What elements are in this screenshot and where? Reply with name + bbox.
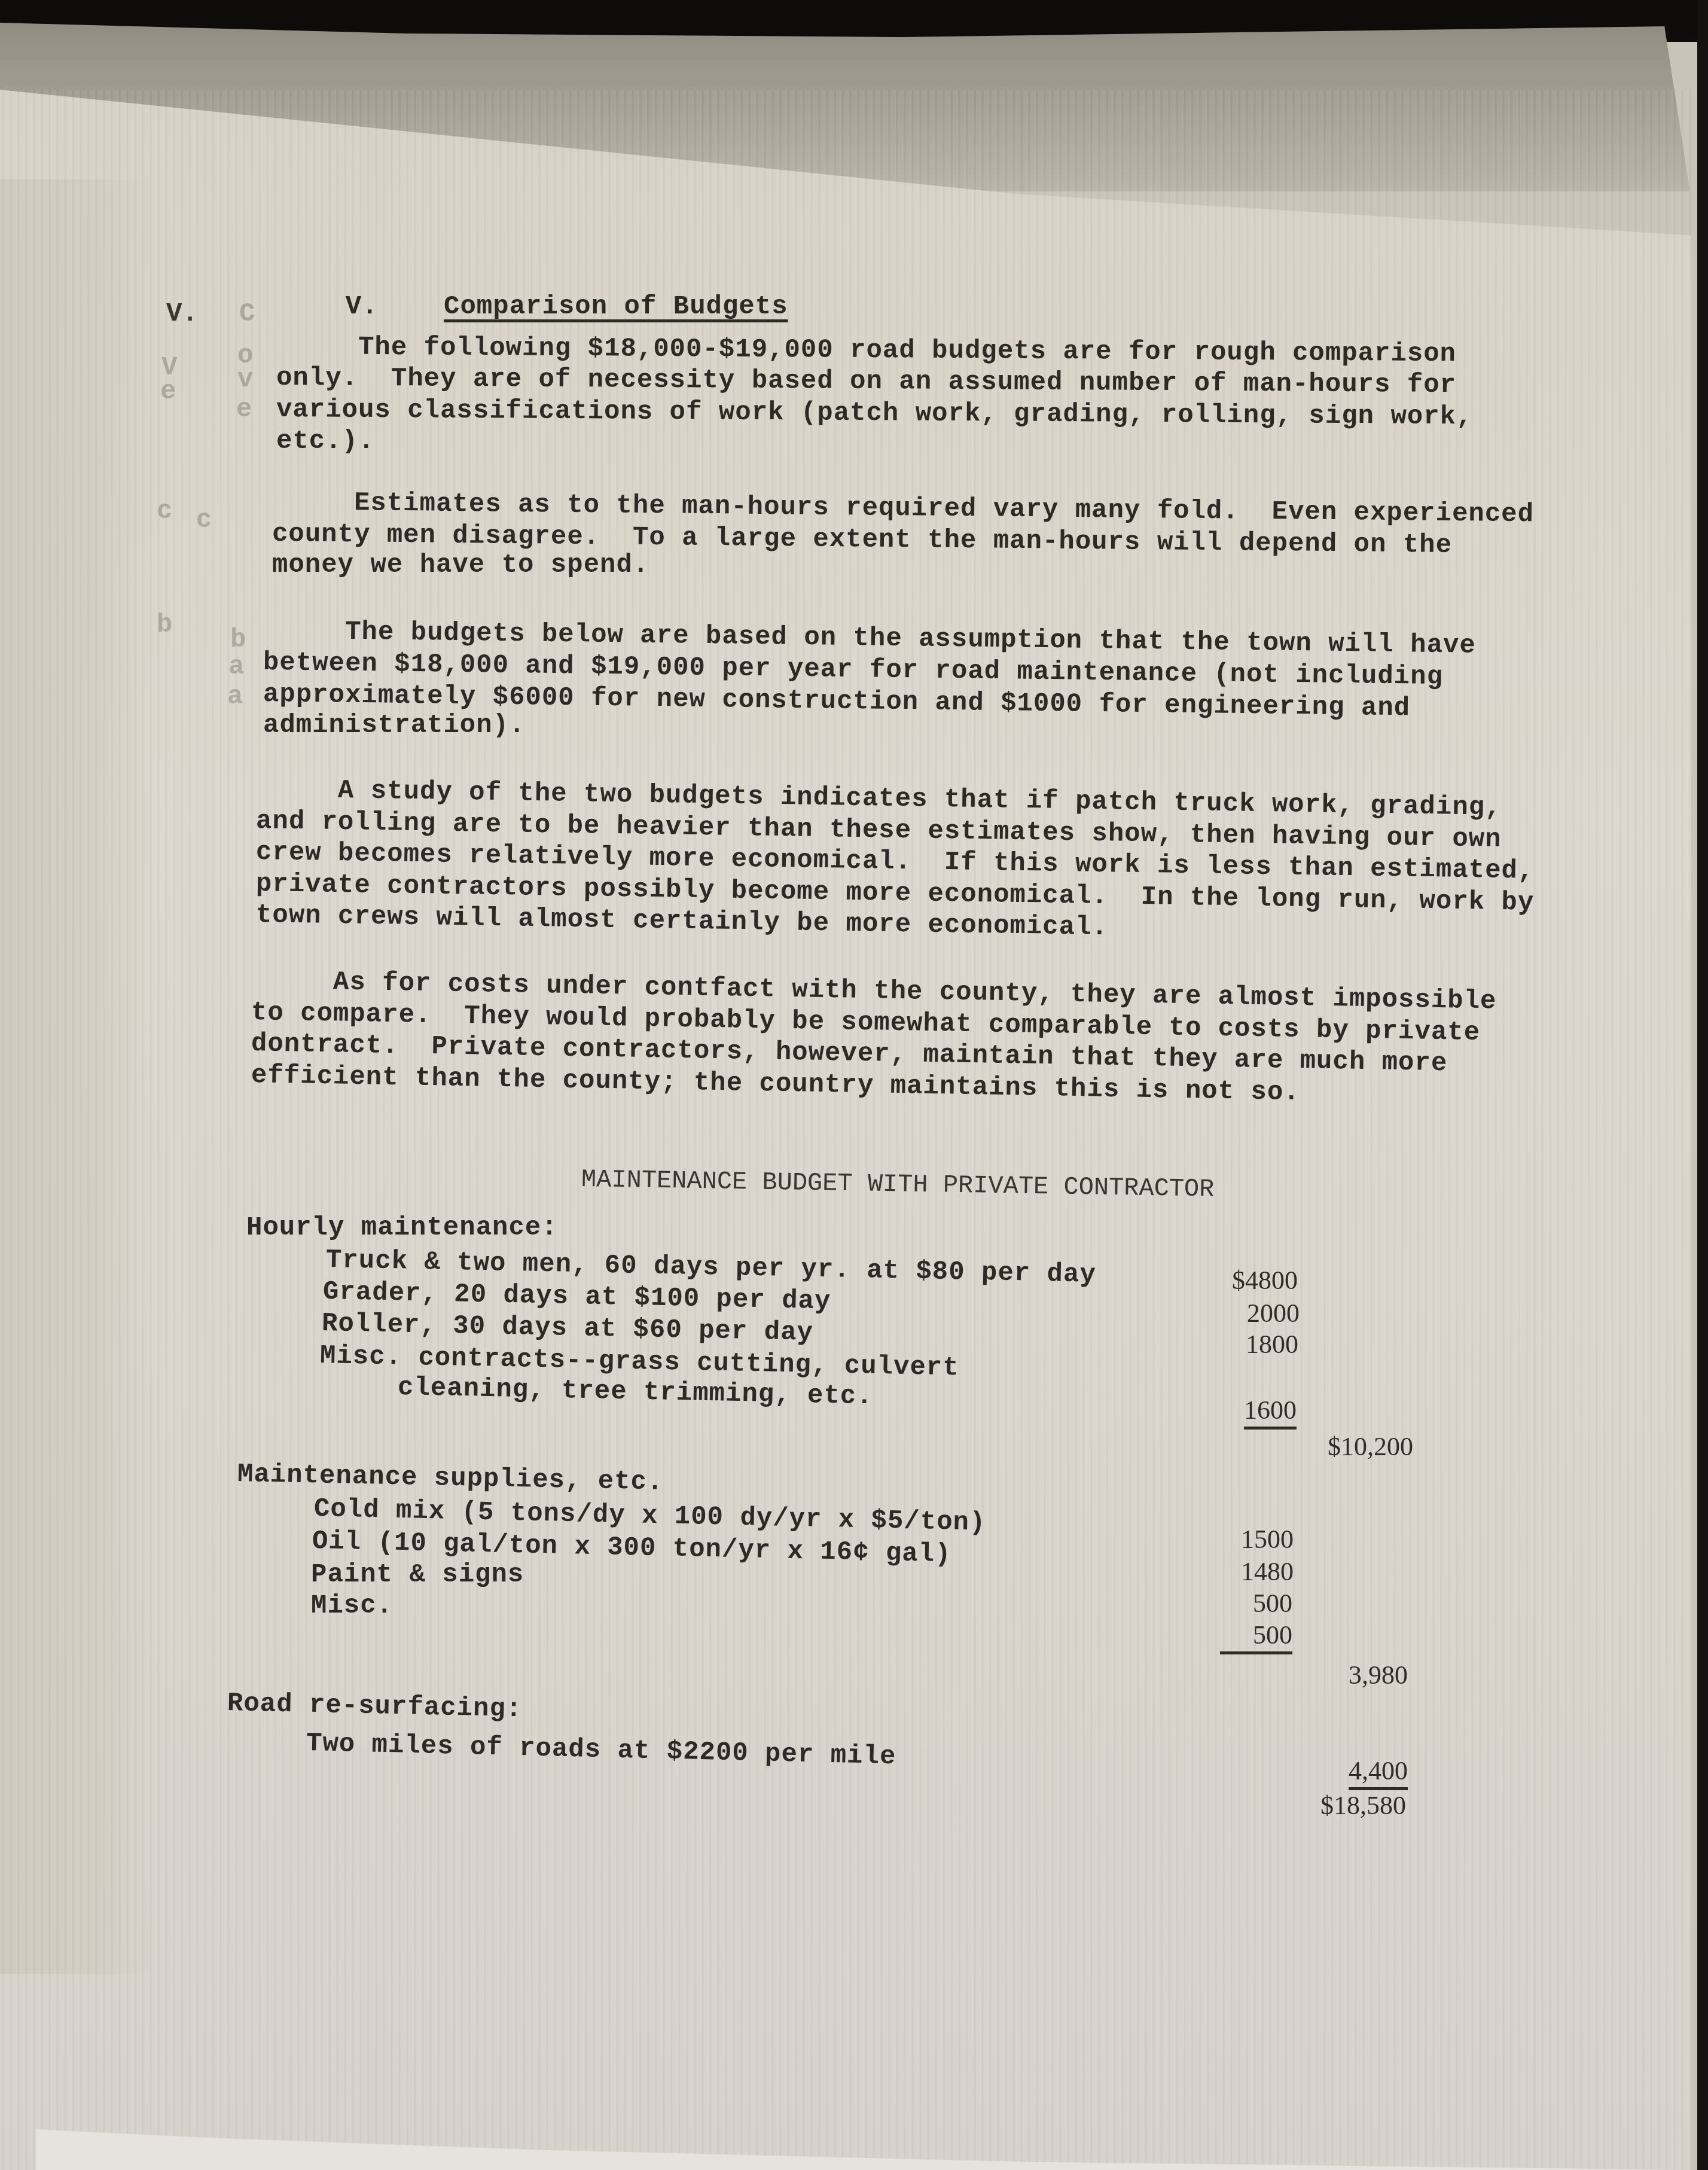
- margin-section-number: V.: [166, 299, 198, 329]
- paragraph-1-line: only. They are of necessity based on an …: [276, 363, 1456, 400]
- ghost-letter: a: [227, 682, 243, 712]
- section-title: Comparison of Budgets: [444, 292, 788, 322]
- budget-amount: 500: [1220, 1620, 1292, 1654]
- ghost-letter: e: [160, 377, 176, 407]
- budget-subtotal: $10,200: [1328, 1431, 1413, 1462]
- typed-document: V. V e c b C o v e c b a a V. Comparison…: [0, 0, 1708, 2170]
- budget-amount: 1600: [1244, 1395, 1297, 1430]
- budget-subtotal: 4,400: [1349, 1755, 1408, 1790]
- budget-title: MAINTENANCE BUDGET WITH PRIVATE CONTRACT…: [581, 1165, 1215, 1204]
- paragraph-2-line: money we have to spend.: [272, 550, 649, 580]
- budget-item-label: Misc.: [311, 1591, 393, 1621]
- budget-amount: 1500: [1241, 1524, 1294, 1555]
- budget-amount: 500: [1253, 1588, 1292, 1619]
- budget-item-label: Paint & signs: [311, 1560, 524, 1590]
- budget-subtotal: 3,980: [1349, 1660, 1408, 1690]
- ghost-letter: c: [196, 505, 212, 535]
- budget-amount: $4800: [1232, 1265, 1298, 1296]
- section-number: V.: [346, 292, 379, 322]
- ghost-letter: b: [157, 610, 172, 640]
- paragraph-3-line: administration).: [263, 711, 525, 740]
- budget-amount: 2000: [1247, 1298, 1300, 1328]
- budget-amount: 1800: [1246, 1329, 1298, 1360]
- ghost-letter: b: [230, 625, 246, 655]
- budget-section-heading: Road re-surfacing:: [227, 1689, 522, 1724]
- budget-amount: 1480: [1241, 1556, 1294, 1587]
- ghost-letter: a: [228, 652, 244, 682]
- paragraph-1-line: various classifications of work (patch w…: [276, 395, 1473, 432]
- ghost-letter: c: [157, 496, 172, 526]
- budget-section-heading: Hourly maintenance:: [246, 1213, 558, 1243]
- ghost-letter: C: [239, 299, 255, 329]
- paragraph-1-line: The following $18,000-$19,000 road budge…: [276, 332, 1456, 369]
- paragraph-1-line: etc.).: [276, 426, 374, 456]
- ghost-letter: e: [236, 395, 252, 425]
- ghost-letter: v: [237, 365, 253, 395]
- budget-item-label: Two miles of roads at $2200 per mile: [306, 1729, 896, 1772]
- budget-section-heading: Maintenance supplies, etc.: [237, 1459, 664, 1498]
- budget-grand-total: $18,580: [1320, 1790, 1406, 1821]
